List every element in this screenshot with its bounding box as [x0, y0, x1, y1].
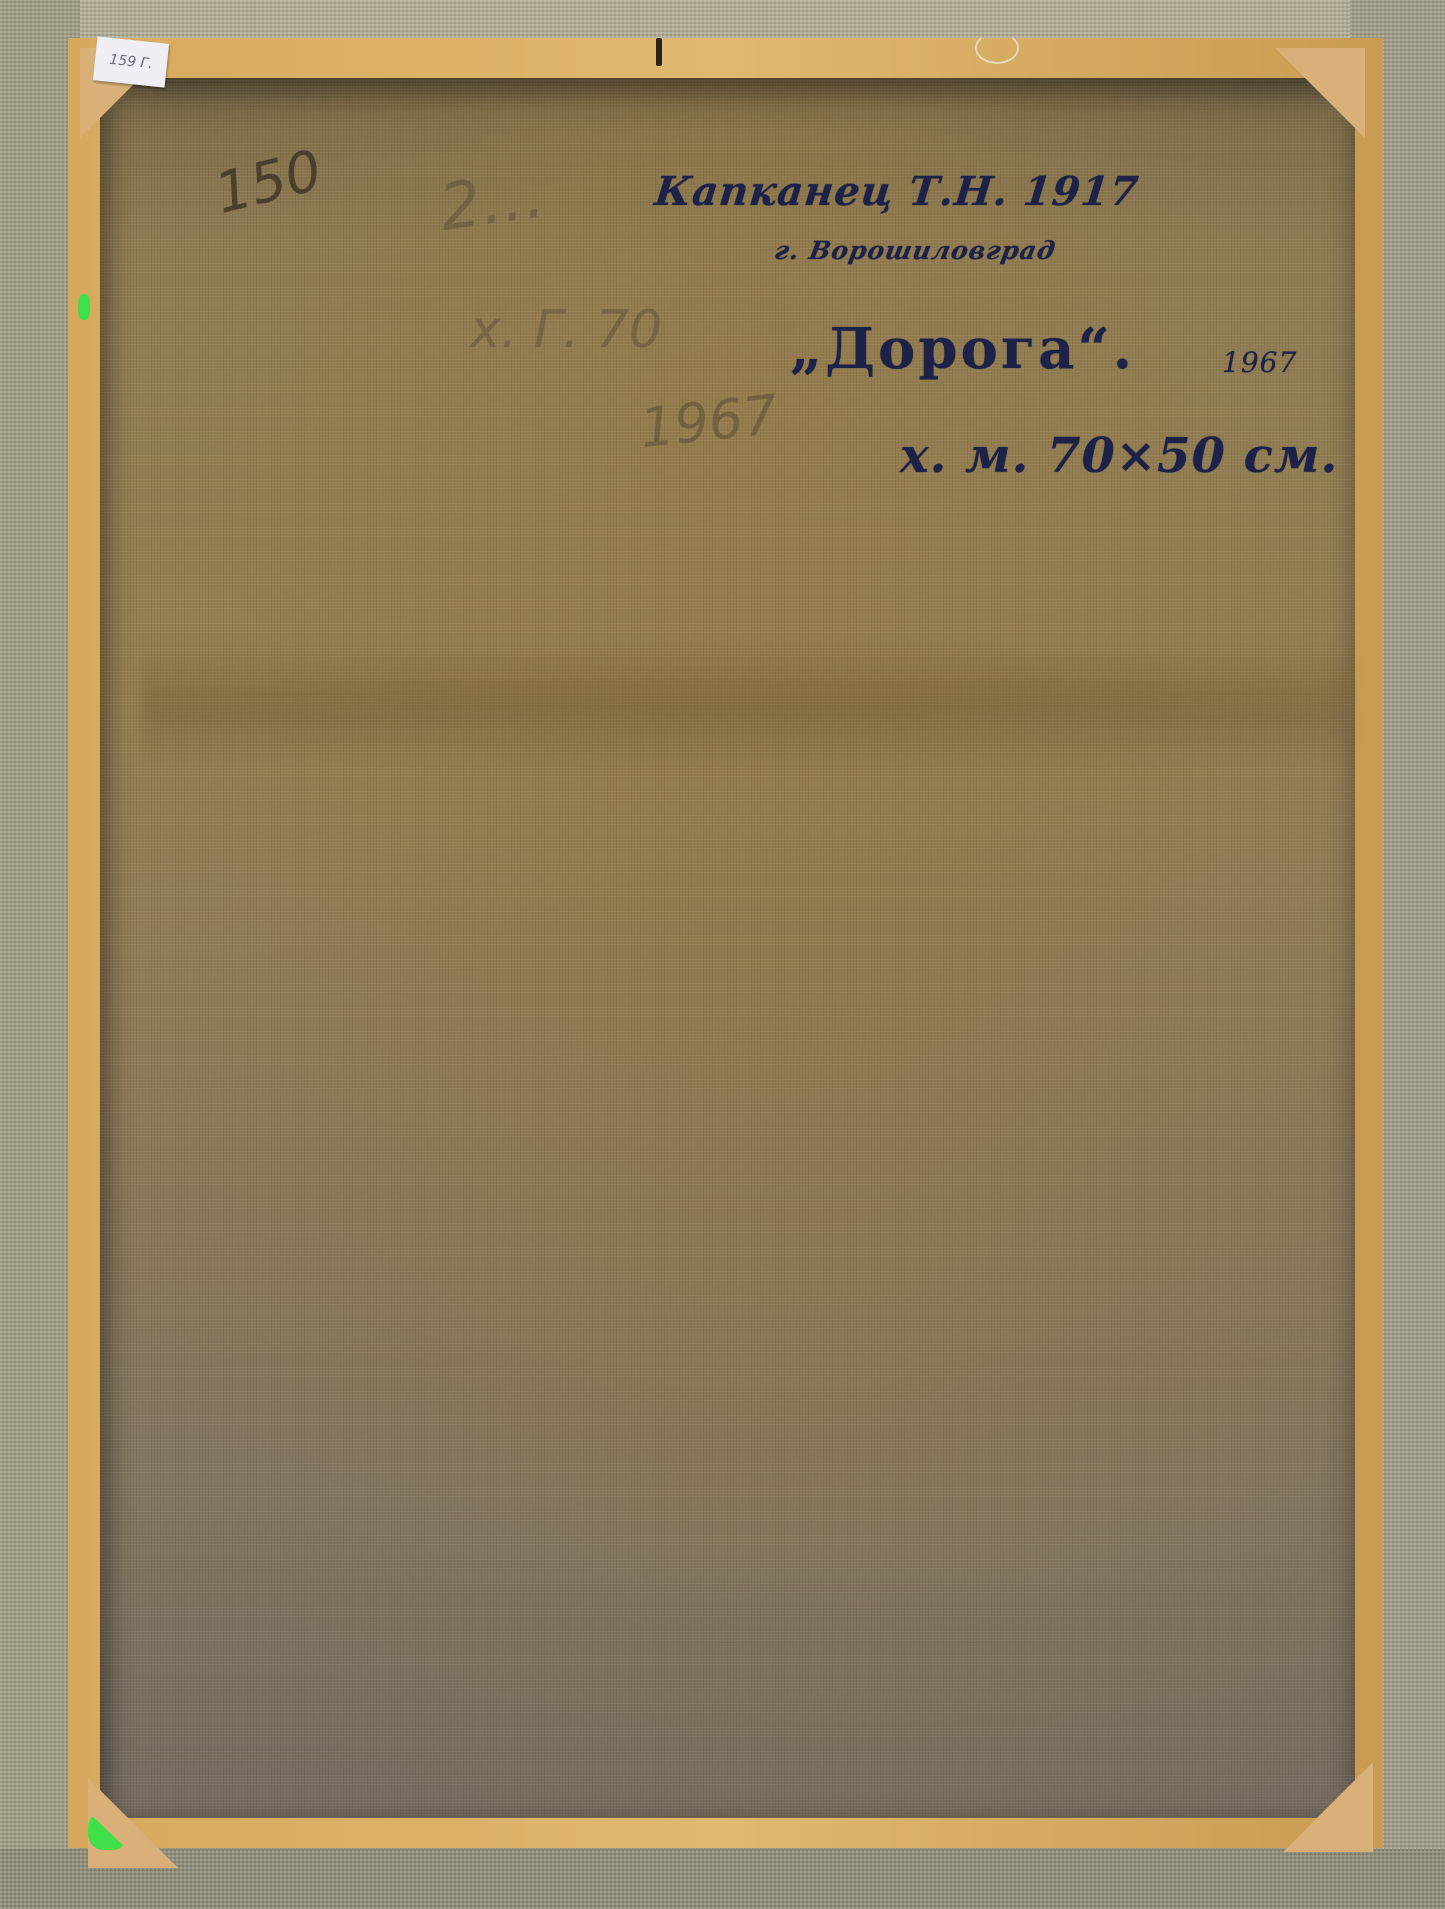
inscription-artist: Капканец Т.Н. 1917: [653, 168, 1142, 215]
green-marker-left: [78, 294, 90, 320]
painting-back-photo: 159 Г. 150 2… х. Г. 70 1967 Капканец Т.Н…: [0, 0, 1445, 1909]
linen-edge-bottom: [0, 1849, 1445, 1909]
loose-thread: [975, 32, 1019, 64]
water-stain: [140, 640, 1350, 770]
nail: [656, 38, 662, 66]
inscription-medium-size: х. м. 70×50 см.: [900, 428, 1338, 484]
canvas-back: [100, 78, 1355, 1818]
inscription-title-year: 1967: [1222, 346, 1297, 379]
pencil-faint-mark-1: 2…: [435, 158, 549, 246]
paper-label-text: 159 Г.: [109, 52, 154, 72]
paper-label: 159 Г.: [93, 36, 169, 87]
inscription-title: „Дорога“.: [790, 316, 1135, 382]
inscription-city: г. Ворошиловград: [772, 236, 1058, 265]
pencil-faint-mark-2: х. Г. 70: [470, 300, 662, 360]
